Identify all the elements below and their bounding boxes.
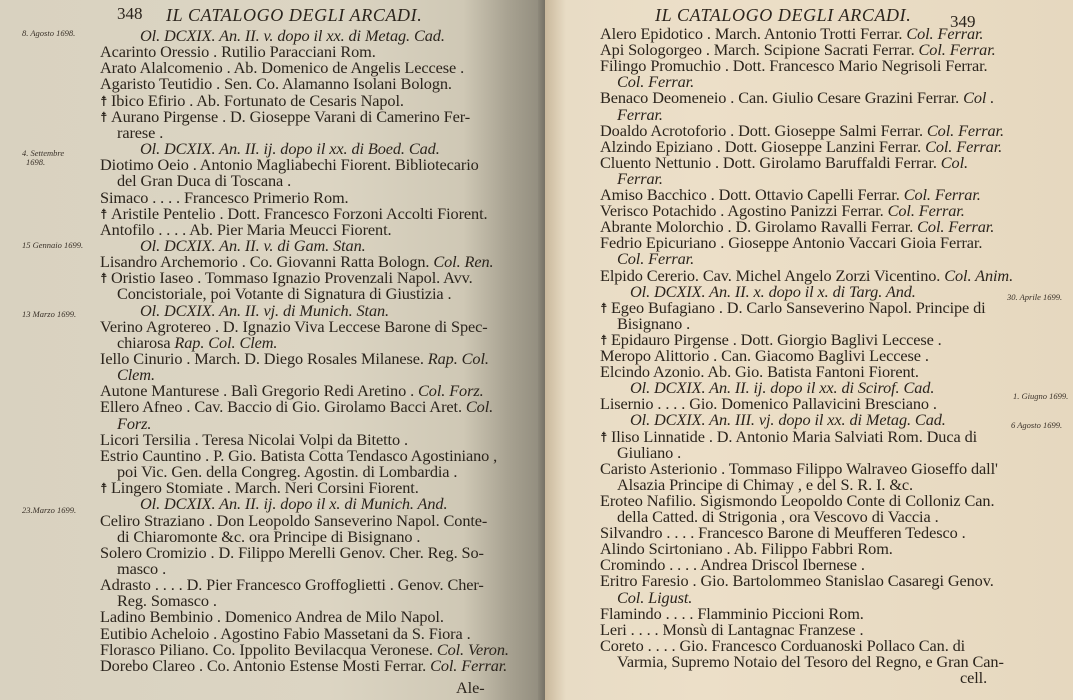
marginal-date: 15 Gennaio 1699. <box>22 240 83 250</box>
catalog-entry: Ellero Afneo . Cav. Baccio di Gio. Girol… <box>100 397 493 417</box>
colony-suffix: Col. <box>462 397 493 416</box>
marginal-date: 1698. <box>26 157 45 167</box>
running-head: IL CATALOGO DEGLI ARCADI. <box>655 5 911 25</box>
dagger-icon: ☨ <box>100 111 111 126</box>
catalog-entry: Dorebo Clareo . Co. Antonio Estense Most… <box>100 656 507 676</box>
left-page: 348 IL CATALOGO DEGLI ARCADI. 8. Agosto … <box>0 0 545 700</box>
line-text: Varmia, Supremo Notaio del Tesoro del Re… <box>617 652 1004 671</box>
entry-continuation: Varmia, Supremo Notaio del Tesoro del Re… <box>617 652 1004 672</box>
marginal-date: 30. Aprile 1699. <box>1007 292 1062 302</box>
right-page: IL CATALOGO DEGLI ARCADI. 349 30. Aprile… <box>545 0 1073 700</box>
line-text: Dorebo Clareo . Co. Antonio Estense Most… <box>100 656 426 675</box>
marginal-date: 6 Agosto 1699. <box>1011 420 1062 430</box>
colony-suffix: Col. <box>937 153 968 172</box>
marginal-date: 23.Marzo 1699. <box>22 505 76 515</box>
book-spread: 348 IL CATALOGO DEGLI ARCADI. 8. Agosto … <box>0 0 1073 700</box>
marginal-date: 1. Giugno 1699. <box>1013 391 1068 401</box>
dagger-icon: ☨ <box>100 482 111 497</box>
colony-suffix: Col. Ferrar. <box>426 656 507 675</box>
dagger-icon: ☨ <box>100 272 111 287</box>
line-text: Ellero Afneo . Cav. Baccio di Gio. Girol… <box>100 397 462 416</box>
page-number: 348 <box>117 4 143 24</box>
colony-suffix: Col. Anim. <box>940 266 1013 285</box>
catchword: Ale- <box>456 678 485 698</box>
line-text: cell. <box>960 668 987 687</box>
line-text: Aurano Pirgense . D. Gioseppe Varani di … <box>111 107 470 126</box>
marginal-date: 8. Agosto 1698. <box>22 28 75 38</box>
colony-suffix: Rap. Col. <box>424 349 489 368</box>
marginal-date: 13 Marzo 1699. <box>22 309 76 319</box>
dagger-icon: ☨ <box>600 431 611 446</box>
catalog-entry: Iello Cinurio . March. D. Diego Rosales … <box>100 349 489 369</box>
entry-continuation: cell. <box>960 668 987 688</box>
dagger-icon: ☨ <box>600 302 611 317</box>
running-head: IL CATALOGO DEGLI ARCADI. <box>166 5 422 25</box>
colony-suffix: Col . <box>959 88 994 107</box>
